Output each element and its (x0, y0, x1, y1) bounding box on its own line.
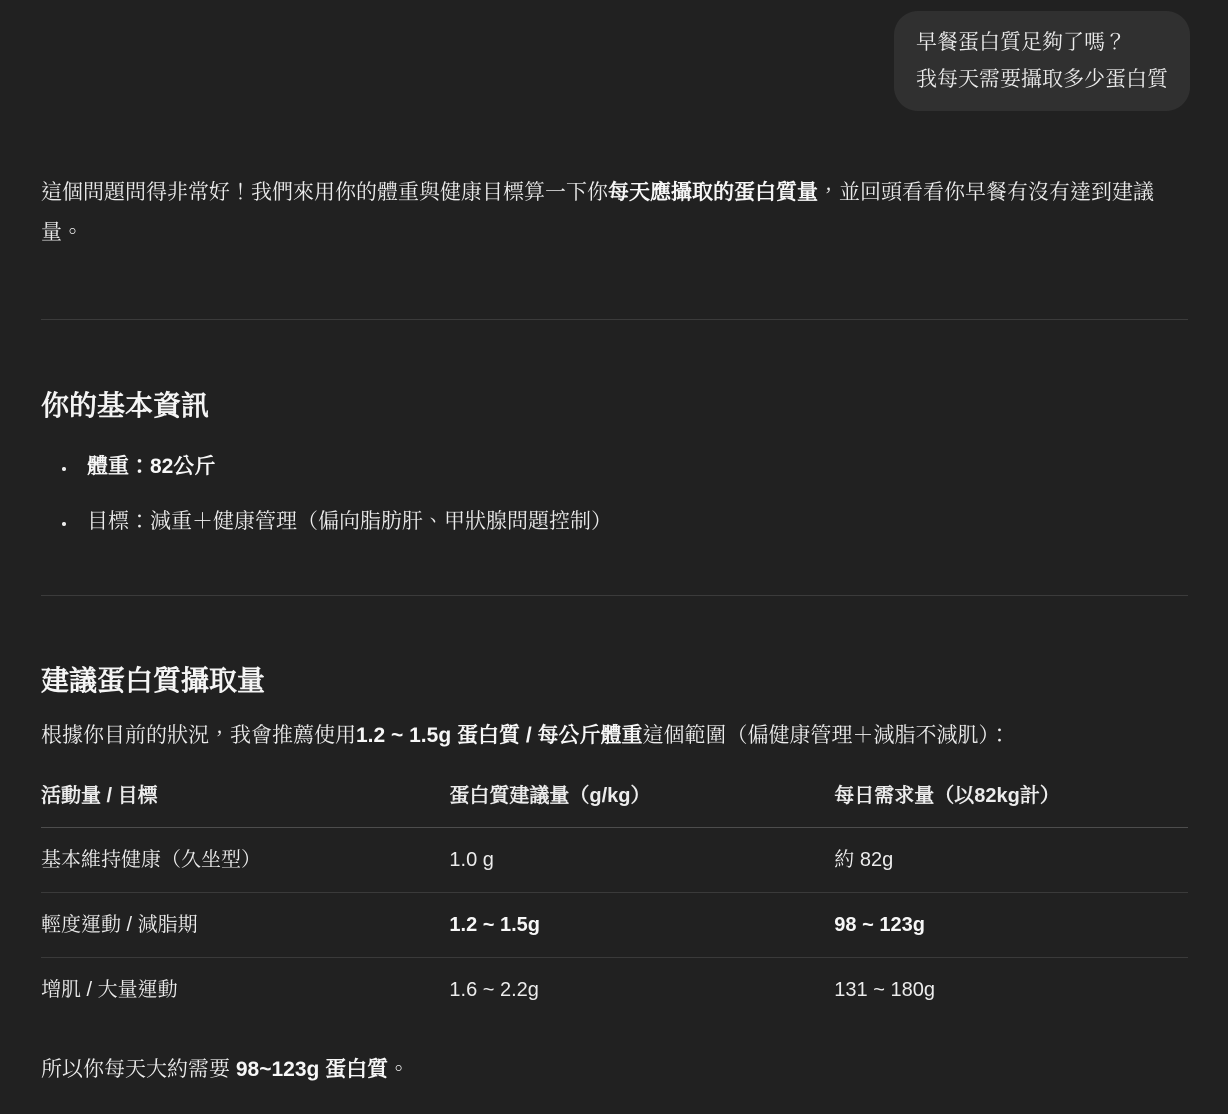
assistant-message: 這個問題問得非常好！我們來用你的體重與健康目標算一下你每天應攝取的蛋白質量，並回… (41, 0, 1188, 1090)
cell-activity: 基本維持健康（久坐型） (41, 828, 449, 893)
basic-info-heading: 你的基本資訊 (41, 388, 1188, 424)
cell-grams: 1.6 ~ 2.2g (449, 958, 834, 1023)
protein-table-header: 活動量 / 目標 蛋白質建議量（g/kg） 每日需求量（以82kg計） (41, 776, 1188, 828)
section-divider (41, 595, 1188, 596)
section-divider (41, 319, 1188, 320)
chat-page: 早餐蛋白質足夠了嗎？ 我每天需要攝取多少蛋白質 這個問題問得非常好！我們來用你的… (0, 0, 1228, 1114)
conclusion-text-pre: 所以你每天大約需要 (41, 1058, 236, 1081)
protein-table-body: 基本維持健康（久坐型） 1.0 g 約 82g 輕度運動 / 減脂期 1.2 ~… (41, 828, 1188, 1023)
intro-paragraph: 這個問題問得非常好！我們來用你的體重與健康目標算一下你每天應攝取的蛋白質量，並回… (41, 173, 1188, 253)
cell-daily-recommended: 98 ~ 123g (834, 893, 1188, 958)
lead-text-pre: 根據你目前的狀況，我會推薦使用 (41, 724, 356, 747)
lead-text-post: 這個範圍（偏健康管理＋減脂不減肌）： (642, 724, 1010, 747)
suggestion-lead-paragraph: 根據你目前的狀況，我會推薦使用1.2 ~ 1.5g 蛋白質 / 每公斤體重這個範… (41, 716, 1188, 756)
weight-value: 體重：82公斤 (87, 455, 215, 478)
lead-text-bold: 1.2 ~ 1.5g 蛋白質 / 每公斤體重 (356, 724, 642, 747)
cell-grams-recommended: 1.2 ~ 1.5g (449, 893, 834, 958)
header-grams-per-kg: 蛋白質建議量（g/kg） (449, 776, 834, 828)
table-row: 輕度運動 / 減脂期 1.2 ~ 1.5g 98 ~ 123g (41, 893, 1188, 958)
table-header-row: 活動量 / 目標 蛋白質建議量（g/kg） 每日需求量（以82kg計） (41, 776, 1188, 828)
intro-text-bold: 每天應攝取的蛋白質量 (608, 181, 818, 204)
cell-activity: 增肌 / 大量運動 (41, 958, 449, 1023)
suggestion-heading: 建議蛋白質攝取量 (41, 663, 1188, 699)
table-row: 基本維持健康（久坐型） 1.0 g 約 82g (41, 828, 1188, 893)
cell-daily: 約 82g (834, 828, 1188, 893)
protein-table: 活動量 / 目標 蛋白質建議量（g/kg） 每日需求量（以82kg計） 基本維持… (41, 776, 1188, 1022)
header-activity: 活動量 / 目標 (41, 776, 449, 828)
conclusion-text-post: 。 (388, 1058, 409, 1081)
table-row: 增肌 / 大量運動 1.6 ~ 2.2g 131 ~ 180g (41, 958, 1188, 1023)
intro-text-pre: 這個問題問得非常好！我們來用你的體重與健康目標算一下你 (41, 181, 608, 204)
basic-info-list: 體重：82公斤 目標：減重＋健康管理（偏向脂肪肝、甲狀腺問題控制） (41, 447, 1188, 542)
conclusion-text-bold: 98~123g 蛋白質 (236, 1058, 388, 1081)
cell-grams: 1.0 g (449, 828, 834, 893)
list-item-goal: 目標：減重＋健康管理（偏向脂肪肝、甲狀腺問題控制） (77, 502, 1188, 542)
conclusion-paragraph: 所以你每天大約需要 98~123g 蛋白質。 (41, 1050, 1188, 1090)
goal-value: 目標：減重＋健康管理（偏向脂肪肝、甲狀腺問題控制） (87, 510, 612, 533)
cell-daily: 131 ~ 180g (834, 958, 1188, 1023)
cell-activity: 輕度運動 / 減脂期 (41, 893, 449, 958)
list-item-weight: 體重：82公斤 (77, 447, 1188, 487)
header-daily-need: 每日需求量（以82kg計） (834, 776, 1188, 828)
